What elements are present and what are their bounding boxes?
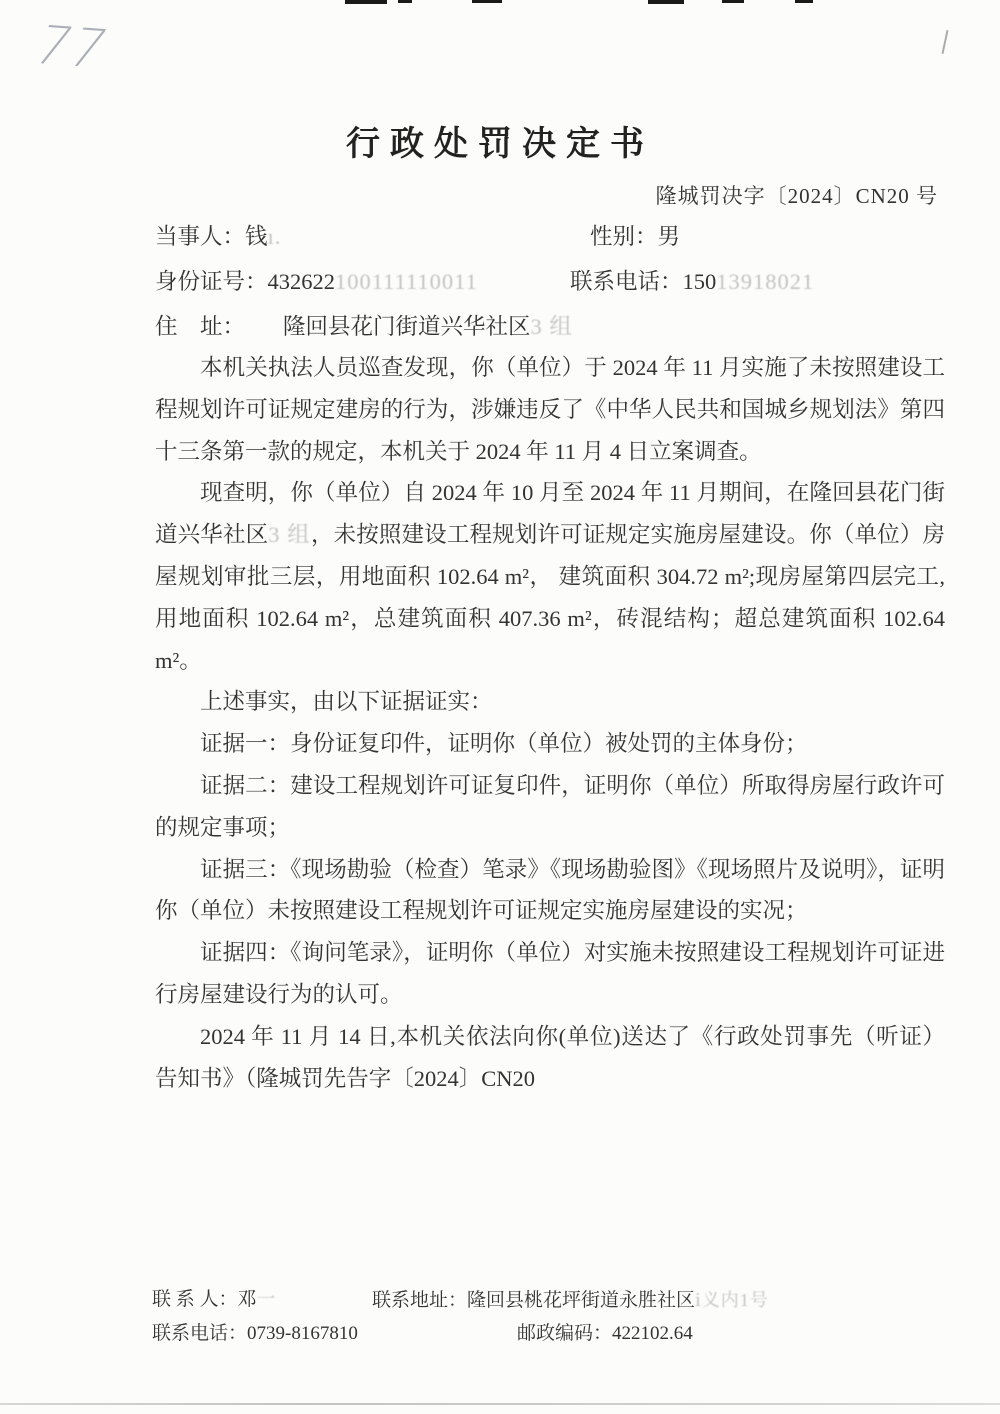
postcode-value: 422102.64	[612, 1323, 693, 1344]
scan-artifact	[472, 0, 502, 3]
footer-phone-row: 联系电话：0739-8167810 邮政编码：422102.64	[152, 1317, 952, 1351]
party-name-redacted: ı.	[268, 224, 282, 249]
handwritten-page-number: 77	[25, 16, 117, 81]
contact-phone-label: 联系电话：	[152, 1323, 247, 1344]
paragraph-notification: 2024 年 11 月 14 日,本机关依法向你(单位)送达了《行政处罚事先（听…	[155, 1016, 945, 1100]
contact-person-value: 邓	[238, 1289, 257, 1310]
scan-edge-line	[0, 1403, 1000, 1405]
party-name-row: 当事人：钱ı. 性别：男	[155, 214, 945, 259]
phone-value: 150	[683, 269, 717, 294]
address-redacted: 3 组	[531, 314, 573, 339]
party-name-label: 当事人：	[155, 224, 245, 249]
document-title: 行政处罚决定书	[0, 116, 1000, 165]
scan-artifact	[345, 0, 387, 4]
paragraph-evidence-1: 证据一：身份证复印件，证明你（单位）被处罚的主体身份；	[155, 723, 945, 765]
contact-person-redacted: 一	[257, 1289, 277, 1310]
pen-mark	[942, 30, 949, 54]
paragraph-findings: 现查明，你（单位）自 2024 年 10 月至 2024 年 11 月期间，在隆…	[155, 472, 945, 681]
document-number: 隆城罚决字〔2024〕CN20 号	[656, 180, 938, 210]
scan-artifact	[795, 0, 813, 3]
party-name-value: 钱	[245, 224, 268, 249]
contact-address-redacted: ⅰ义内1号	[695, 1290, 769, 1310]
contact-person-label: 联 系 人：	[152, 1289, 238, 1310]
scan-artifact	[648, 0, 684, 4]
paragraph-evidence-2: 证据二：建设工程规划许可证复印件，证明你（单位）所取得房屋行政许可的规定事项；	[155, 765, 945, 849]
postcode-label: 邮政编码：	[517, 1323, 612, 1344]
contact-address-label: 联系地址：	[372, 1290, 467, 1311]
paragraph-evidence-4: 证据四：《询问笔录》，证明你（单位）对实施未按照建设工程规划许可证进行房屋建设行…	[155, 932, 945, 1016]
gender-value: 男	[658, 224, 681, 249]
gender-label: 性别：	[590, 224, 658, 249]
party-info: 当事人：钱ı. 性别：男 身份证号：432622100111110011 联系电…	[155, 214, 945, 349]
document-footer: 联 系 人：邓一 联系地址：隆回县桃花坪街道永胜社区ⅰ义内1号 联系电话：073…	[152, 1283, 952, 1351]
id-redacted: 100111110011	[335, 269, 478, 294]
paragraph-investigation: 本机关执法人员巡查发现，你（单位）于 2024 年 11 月实施了未按照建设工程…	[155, 347, 945, 472]
scan-artifact	[398, 0, 412, 3]
findings-redacted: 3 组	[268, 522, 311, 547]
footer-contact-row: 联 系 人：邓一 联系地址：隆回县桃花坪街道永胜社区ⅰ义内1号	[152, 1283, 952, 1317]
paragraph-evidence-intro: 上述事实，由以下证据证实：	[155, 681, 945, 723]
party-address-row: 住 址：隆回县花门街道兴华社区3 组	[155, 304, 945, 349]
document-body: 本机关执法人员巡查发现，你（单位）于 2024 年 11 月实施了未按照建设工程…	[155, 347, 945, 1099]
phone-redacted: 13918021	[716, 269, 814, 294]
id-label: 身份证号：	[155, 269, 268, 294]
id-value: 432622	[268, 269, 336, 294]
contact-address-value: 隆回县桃花坪街道永胜社区	[467, 1290, 695, 1311]
scan-artifact	[722, 0, 744, 3]
address-value: 隆回县花门街道兴华社区	[283, 314, 531, 339]
phone-label: 联系电话：	[570, 269, 683, 294]
address-label: 住 址：	[155, 314, 245, 339]
party-id-row: 身份证号：432622100111110011 联系电话：15013918021	[155, 259, 945, 304]
paragraph-evidence-3: 证据三：《现场勘验（检查）笔录》《现场勘验图》《现场照片及说明》，证明你（单位）…	[155, 849, 945, 933]
document-page: 77 行政处罚决定书 隆城罚决字〔2024〕CN20 号 当事人：钱ı. 性别：…	[0, 0, 1000, 1414]
contact-phone-value: 0739-8167810	[247, 1323, 358, 1344]
